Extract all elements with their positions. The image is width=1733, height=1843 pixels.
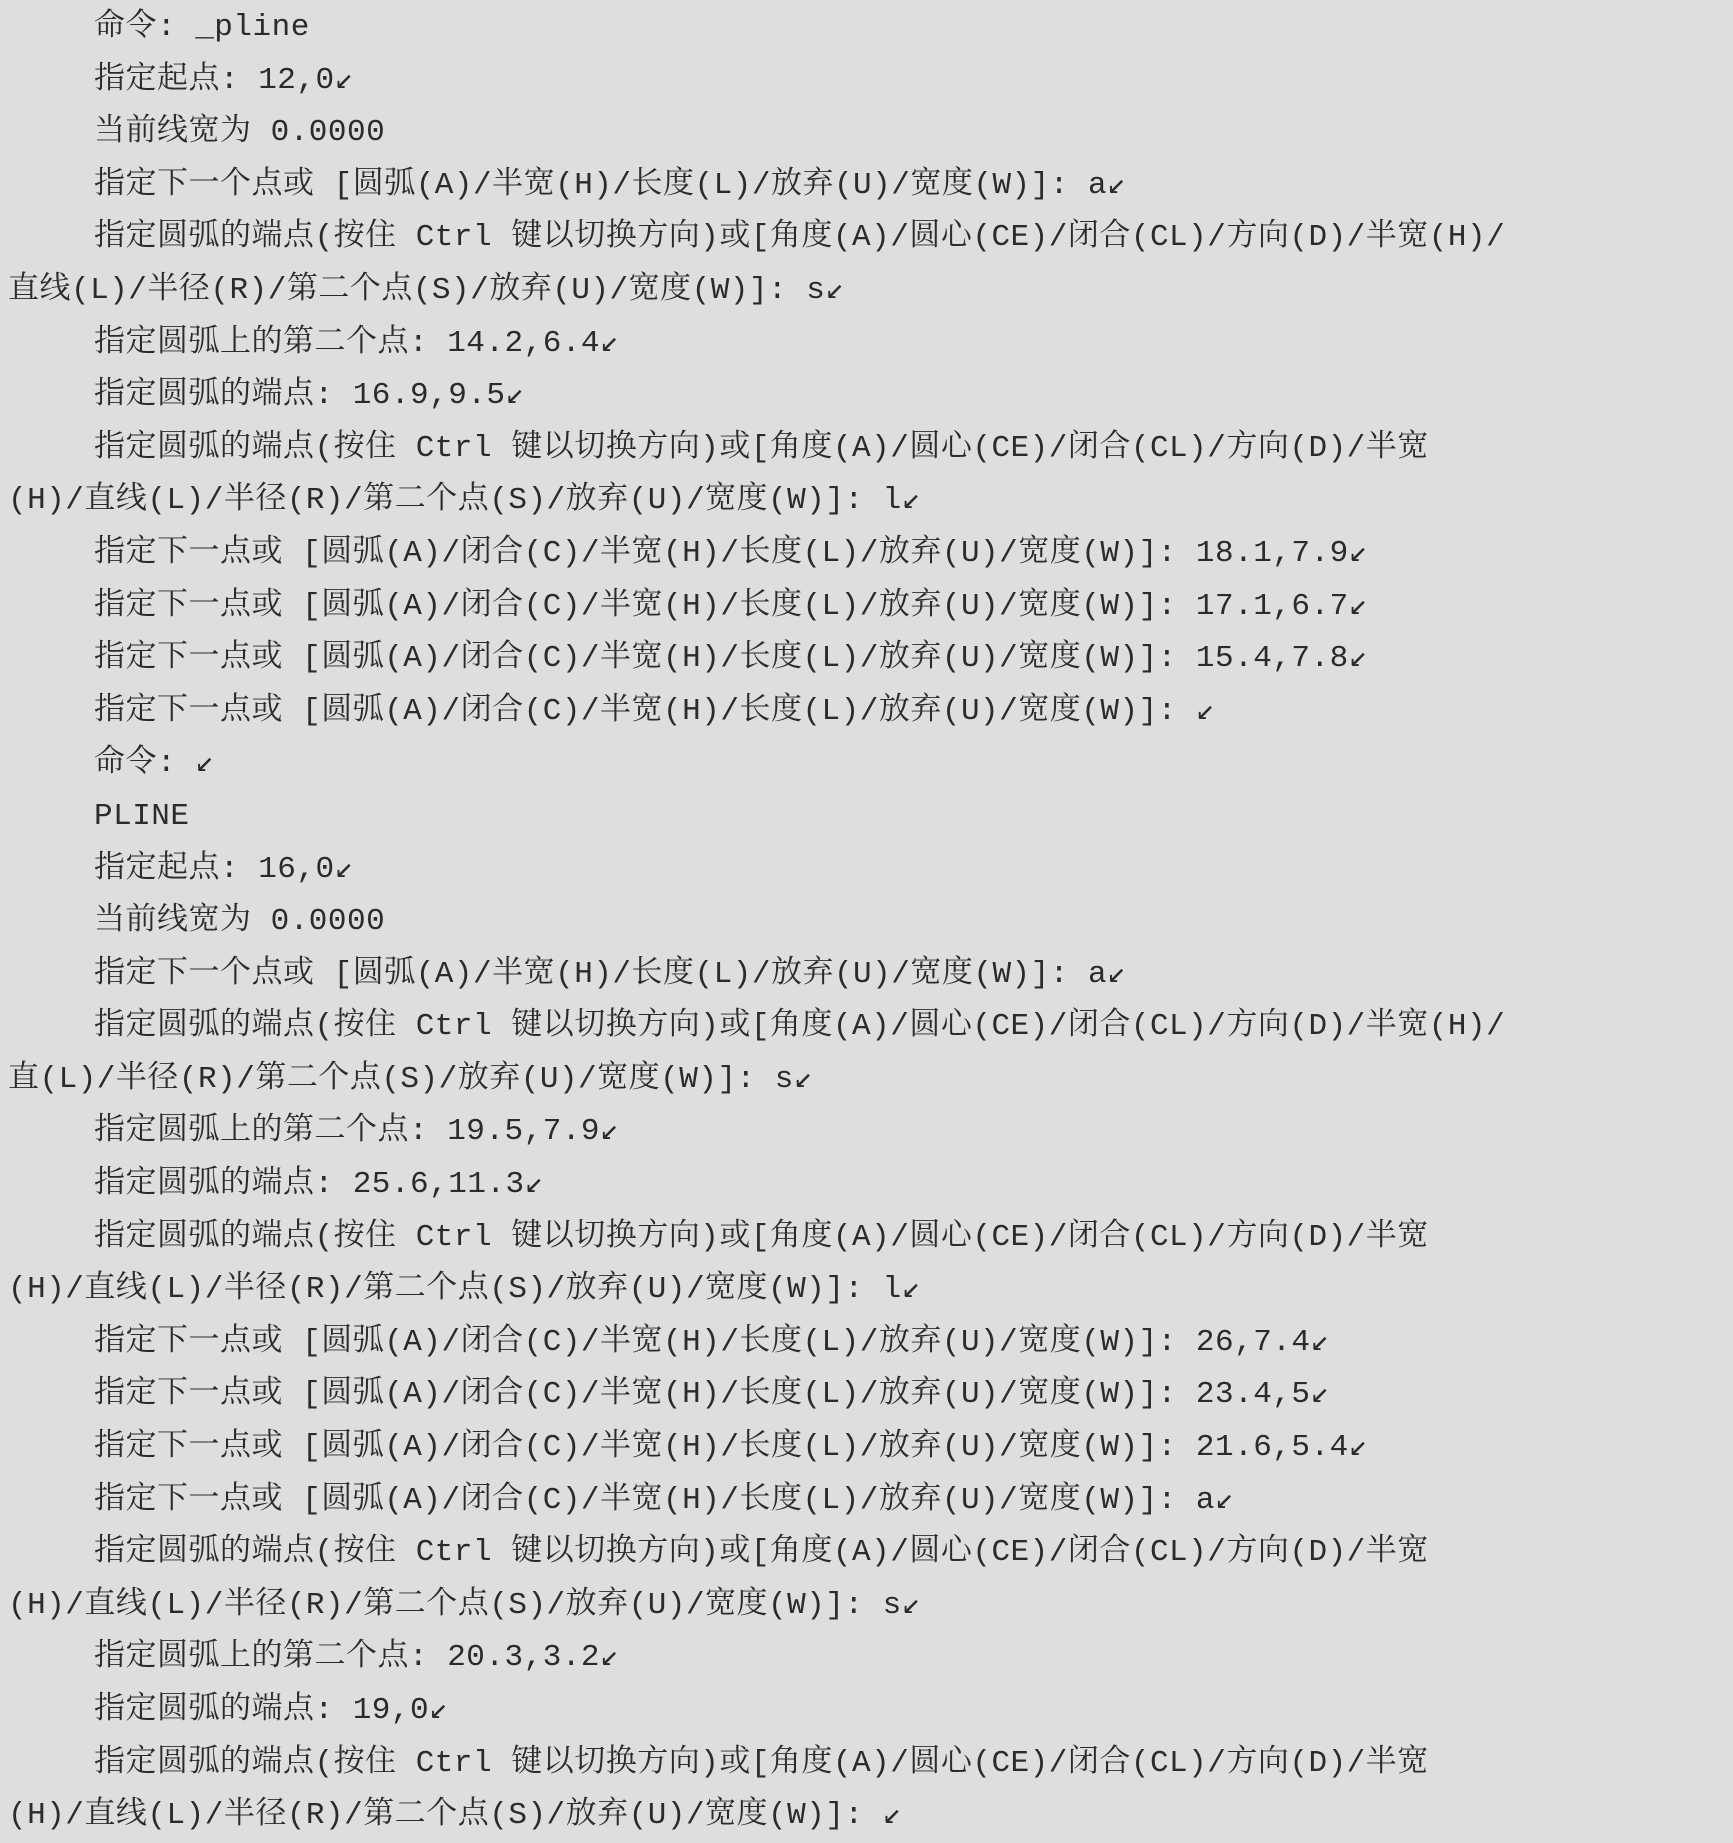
command-line: 指定圆弧的端点: 25.6,11.3↙ <box>0 1159 1733 1212</box>
command-line-continuation: 直线(L)/半径(R)/第二个点(S)/放弃(U)/宽度(W)]: s↙ <box>0 265 1733 318</box>
command-line: 指定下一点或 [圆弧(A)/闭合(C)/半宽(H)/长度(L)/放弃(U)/宽度… <box>0 686 1733 739</box>
command-line-continuation: (H)/直线(L)/半径(R)/第二个点(S)/放弃(U)/宽度(W)]: l↙ <box>0 475 1733 528</box>
command-line: 指定圆弧的端点(按住 Ctrl 键以切换方向)或[角度(A)/圆心(CE)/闭合… <box>0 212 1733 265</box>
command-line: 当前线宽为 0.0000 <box>0 896 1733 949</box>
command-line: 指定圆弧上的第二个点: 14.2,6.4↙ <box>0 318 1733 371</box>
command-line-continuation: (H)/直线(L)/半径(R)/第二个点(S)/放弃(U)/宽度(W)]: s↙ <box>0 1580 1733 1633</box>
command-line: 指定圆弧的端点(按住 Ctrl 键以切换方向)或[角度(A)/圆心(CE)/闭合… <box>0 1738 1733 1791</box>
command-line: 指定圆弧的端点(按住 Ctrl 键以切换方向)或[角度(A)/圆心(CE)/闭合… <box>0 1001 1733 1054</box>
command-line: 当前线宽为 0.0000 <box>0 107 1733 160</box>
command-line: 指定起点: 12,0↙ <box>0 55 1733 108</box>
command-line: 指定下一个点或 [圆弧(A)/半宽(H)/长度(L)/放弃(U)/宽度(W)]:… <box>0 160 1733 213</box>
command-line: 指定下一点或 [圆弧(A)/闭合(C)/半宽(H)/长度(L)/放弃(U)/宽度… <box>0 528 1733 581</box>
command-line: 指定圆弧的端点: 16.9,9.5↙ <box>0 370 1733 423</box>
command-line-continuation: 直(L)/半径(R)/第二个点(S)/放弃(U)/宽度(W)]: s↙ <box>0 1054 1733 1107</box>
command-line: 指定起点: 16,0↙ <box>0 844 1733 897</box>
command-line: 指定圆弧的端点(按住 Ctrl 键以切换方向)或[角度(A)/圆心(CE)/闭合… <box>0 423 1733 476</box>
command-line: 指定下一点或 [圆弧(A)/闭合(C)/半宽(H)/长度(L)/放弃(U)/宽度… <box>0 1369 1733 1422</box>
command-transcript: 命令: _pline指定起点: 12,0↙当前线宽为 0.0000指定下一个点或… <box>0 0 1733 1843</box>
command-line: 指定下一点或 [圆弧(A)/闭合(C)/半宽(H)/长度(L)/放弃(U)/宽度… <box>0 581 1733 634</box>
command-line: 命令: _pline <box>0 2 1733 55</box>
command-line: 指定圆弧上的第二个点: 20.3,3.2↙ <box>0 1632 1733 1685</box>
command-line-continuation: (H)/直线(L)/半径(R)/第二个点(S)/放弃(U)/宽度(W)]: l↙ <box>0 1264 1733 1317</box>
command-line: 指定下一点或 [圆弧(A)/闭合(C)/半宽(H)/长度(L)/放弃(U)/宽度… <box>0 1422 1733 1475</box>
command-line-continuation: (H)/直线(L)/半径(R)/第二个点(S)/放弃(U)/宽度(W)]: ↙ <box>0 1790 1733 1843</box>
command-line: 指定下一个点或 [圆弧(A)/半宽(H)/长度(L)/放弃(U)/宽度(W)]:… <box>0 949 1733 1002</box>
command-line: 指定下一点或 [圆弧(A)/闭合(C)/半宽(H)/长度(L)/放弃(U)/宽度… <box>0 1475 1733 1528</box>
command-line: 指定圆弧上的第二个点: 19.5,7.9↙ <box>0 1106 1733 1159</box>
command-line: 指定下一点或 [圆弧(A)/闭合(C)/半宽(H)/长度(L)/放弃(U)/宽度… <box>0 1317 1733 1370</box>
command-line: PLINE <box>0 791 1733 844</box>
command-line: 指定圆弧的端点(按住 Ctrl 键以切换方向)或[角度(A)/圆心(CE)/闭合… <box>0 1527 1733 1580</box>
command-line: 指定圆弧的端点: 19,0↙ <box>0 1685 1733 1738</box>
command-line: 指定下一点或 [圆弧(A)/闭合(C)/半宽(H)/长度(L)/放弃(U)/宽度… <box>0 633 1733 686</box>
command-line: 指定圆弧的端点(按住 Ctrl 键以切换方向)或[角度(A)/圆心(CE)/闭合… <box>0 1212 1733 1265</box>
command-line: 命令: ↙ <box>0 738 1733 791</box>
